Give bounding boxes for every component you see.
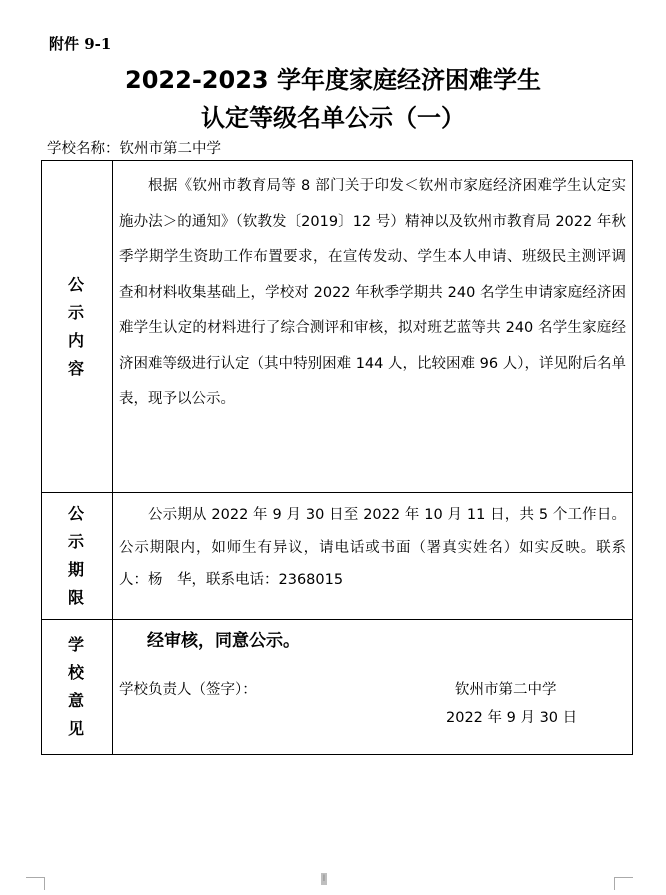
school-name: 学校名称：钦州市第二中学 — [47, 137, 221, 158]
table-row-opinion: 学 校 意 见 经审核，同意公示。 学校负责人（签字）： 钦州市第二中学 202… — [42, 619, 633, 754]
attachment-label: 附件 9-1 — [49, 33, 111, 54]
label-line: 公 示 — [42, 271, 112, 327]
announcement-content-text: 根据《钦州市教育局等 8 部门关于印发＜钦州市家庭经济困难学生认定实施办法＞的通… — [119, 169, 626, 418]
label-announcement-period: 公 示 期 限 — [42, 493, 113, 620]
label-line: 学 校 — [42, 631, 112, 687]
table-row-period: 公 示 期 限 公示期从 2022 年 9 月 30 日至 2022 年 10 … — [42, 493, 633, 620]
announcement-content-cell[interactable]: 根据《钦州市教育局等 8 部门关于印发＜钦州市家庭经济困难学生认定实施办法＞的通… — [113, 161, 633, 493]
approval-text: 经审核，同意公示。 — [147, 626, 300, 651]
announcement-period-cell[interactable]: 公示期从 2022 年 9 月 30 日至 2022 年 10 月 11 日，共… — [113, 493, 633, 620]
label-line: 意 见 — [42, 687, 112, 743]
announcement-period-text: 公示期从 2022 年 9 月 30 日至 2022 年 10 月 11 日，共… — [113, 493, 632, 619]
signer-label: 学校负责人（签字）： — [119, 678, 257, 699]
announcement-table: 公 示 内 容 根据《钦州市教育局等 8 部门关于印发＜钦州市家庭经济困难学生认… — [41, 160, 633, 755]
label-school-opinion: 学 校 意 见 — [42, 619, 113, 754]
label-line: 期 限 — [42, 556, 112, 612]
text-cursor-icon: I — [321, 873, 327, 885]
label-announcement-content: 公 示 内 容 — [42, 161, 113, 493]
signature-date: 2022 年 9 月 30 日 — [446, 706, 577, 727]
table-row-content: 公 示 内 容 根据《钦州市教育局等 8 部门关于印发＜钦州市家庭经济困难学生认… — [42, 161, 633, 493]
school-opinion-cell[interactable]: 经审核，同意公示。 学校负责人（签字）： 钦州市第二中学 2022 年 9 月 … — [113, 619, 633, 754]
document-title-line1: 2022-2023 学年度家庭经济困难学生 — [0, 60, 666, 95]
label-line: 内 容 — [42, 327, 112, 383]
label-line: 公 示 — [42, 500, 112, 556]
page-corner-mark-left — [26, 877, 45, 890]
organization-name: 钦州市第二中学 — [455, 678, 557, 699]
document-title-line2: 认定等级名单公示（一） — [0, 98, 666, 133]
page-corner-mark-right — [614, 877, 633, 890]
